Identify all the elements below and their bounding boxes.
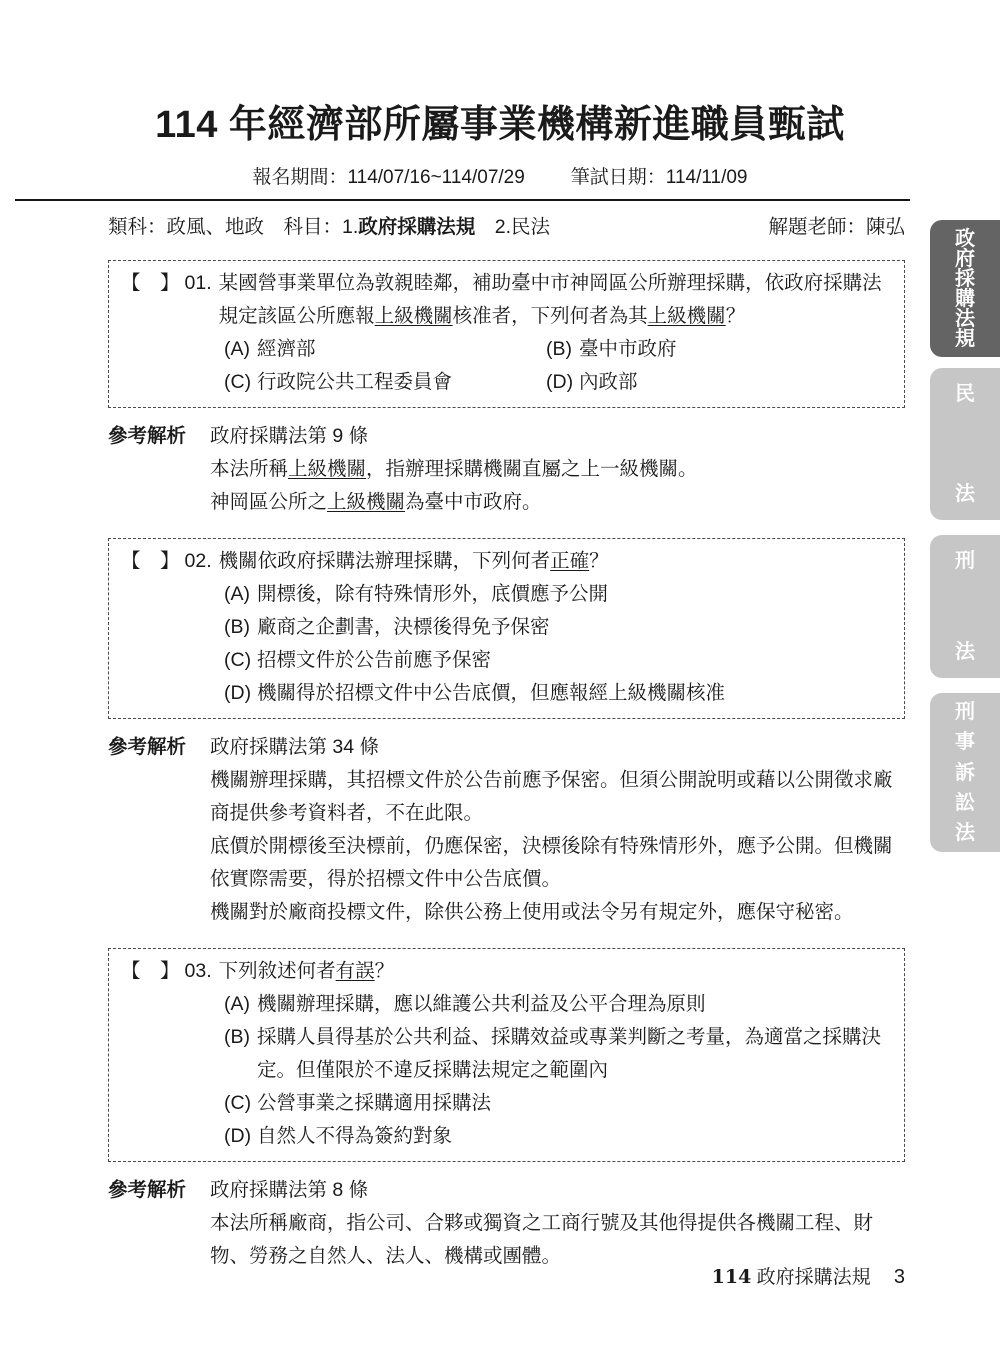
- subject-suffix: 2.民法: [475, 216, 550, 238]
- analysis-line: 底價於開標後至決標前，仍應保密，決標後除有特殊情形外，應予公開。但機關依實際需要…: [210, 830, 905, 896]
- subject-name-bold: 政府採購法規: [358, 216, 475, 238]
- analysis-line: 機關對於廠商投標文件，除供公務上使用或法令另有規定外，應保守秘密。: [210, 896, 905, 929]
- option-text: 行政院公共工程委員會: [257, 366, 546, 399]
- option-label: (D): [546, 366, 579, 399]
- written-exam-date: 筆試日期：114/11/09: [571, 167, 748, 188]
- sidebar-tab-civil-law: 民法: [930, 368, 1000, 520]
- subject-line: 類科：政風、地政 科目：1.政府採購法規 2.民法 解題老師：陳弘: [108, 214, 905, 241]
- option-label: (A): [224, 578, 257, 611]
- option-b: (B)採購人員得基於公共利益、採購效益或專業判斷之考量，為適當之採購決定。但僅限…: [224, 1021, 892, 1087]
- option-c: (C)招標文件於公告前應予保密: [224, 644, 892, 677]
- sidebar-tab-criminal-procedure-law: 刑事訴訟法: [930, 693, 1000, 852]
- analysis-line: 機關辦理採購，其招標文件於公告前應予保密。但須公開說明或藉以公開徵求廠商提供參考…: [210, 764, 905, 830]
- sidebar-tab-government-procurement-law: 政府採購法規: [930, 220, 1000, 357]
- question-line: 【 】 01. 某國營事業單位為敦親睦鄰，補助臺中市神岡區公所辦理採購，依政府採…: [121, 267, 892, 333]
- option-d: (D)內政部: [546, 366, 892, 399]
- options: (A)經濟部 (B)臺中市政府 (C)行政院公共工程委員會 (D)內政部: [224, 333, 892, 399]
- option-text: 公營事業之採購適用採購法: [257, 1087, 892, 1120]
- option-label: (C): [224, 366, 257, 399]
- sidebar-tab-criminal-law: 刑法: [930, 535, 1000, 678]
- analysis-01: 參考解析 政府採購法第 9 條 本法所稱上級機關，指辦理採購機關直屬之上一級機關…: [108, 420, 905, 519]
- option-a: (A)經濟部: [224, 333, 546, 366]
- exam-document-page: 114 年經濟部所屬事業機構新進職員甄試 報名期間：114/07/16~114/…: [0, 0, 1000, 1353]
- option-text: 內政部: [579, 366, 892, 399]
- analysis-line: 政府採購法第 34 條: [210, 731, 905, 764]
- analysis-line: 政府採購法第 9 條: [210, 420, 905, 453]
- option-label: (C): [224, 1087, 257, 1120]
- footer-section: 政府採購法規: [757, 1267, 871, 1288]
- option-text: 招標文件於公告前應予保密: [257, 644, 892, 677]
- analysis-body: 政府採購法第 34 條 機關辦理採購，其招標文件於公告前應予保密。但須公開說明或…: [210, 731, 905, 929]
- option-c: (C)公營事業之採購適用採購法: [224, 1087, 892, 1120]
- question-number: 01.: [185, 267, 212, 333]
- option-text: 機關得於招標文件中公告底價，但應報經上級機關核准: [257, 677, 892, 710]
- exam-info-line: 報名期間：114/07/16~114/07/29筆試日期：114/11/09: [0, 162, 1000, 189]
- option-label: (D): [224, 677, 257, 710]
- option-label: (A): [224, 333, 257, 366]
- option-text: 廠商之企劃書，決標後得免予保密: [257, 611, 892, 644]
- answer-bracket: 【 】: [121, 545, 180, 578]
- option-b: (B)廠商之企劃書，決標後得免予保密: [224, 611, 892, 644]
- page-title: 114 年經濟部所屬事業機構新進職員甄試: [0, 103, 1000, 149]
- answer-bracket: 【 】: [121, 267, 180, 333]
- question-box-02: 【 】 02. 機關依政府採購法辦理採購，下列何者正確？ (A)開標後，除有特殊…: [108, 538, 905, 719]
- question-line: 【 】 03. 下列敘述何者有誤？: [121, 955, 892, 988]
- option-label: (A): [224, 988, 257, 1021]
- option-d: (D)自然人不得為簽約對象: [224, 1120, 892, 1153]
- page-number: 3: [894, 1266, 905, 1288]
- option-a: (A)機關辦理採購，應以維護公共利益及公平合理為原則: [224, 988, 892, 1021]
- analysis-label: 參考解析: [108, 731, 210, 929]
- answer-bracket: 【 】: [121, 955, 180, 988]
- options: (A)機關辦理採購，應以維護公共利益及公平合理為原則 (B)採購人員得基於公共利…: [224, 988, 892, 1153]
- options: (A)開標後，除有特殊情形外，底價應予公開 (B)廠商之企劃書，決標後得免予保密…: [224, 578, 892, 710]
- question-text: 機關依政府採購法辦理採購，下列何者正確？: [219, 545, 892, 578]
- analysis-label: 參考解析: [108, 1174, 210, 1273]
- question-box-03: 【 】 03. 下列敘述何者有誤？ (A)機關辦理採購，應以維護公共利益及公平合…: [108, 948, 905, 1162]
- option-b: (B)臺中市政府: [546, 333, 892, 366]
- category-and-subjects-prefix: 類科：政風、地政 科目：1.: [108, 216, 358, 238]
- question-line: 【 】 02. 機關依政府採購法辦理採購，下列何者正確？: [121, 545, 892, 578]
- header-divider: [15, 199, 910, 201]
- option-text: 自然人不得為簽約對象: [257, 1120, 892, 1153]
- analysis-line: 本法所稱上級機關，指辦理採購機關直屬之上一級機關。: [210, 453, 905, 486]
- option-c: (C)行政院公共工程委員會: [224, 366, 546, 399]
- option-label: (B): [224, 611, 257, 644]
- analysis-label: 參考解析: [108, 420, 210, 519]
- analysis-body: 政府採購法第 9 條 本法所稱上級機關，指辦理採購機關直屬之上一級機關。 神岡區…: [210, 420, 905, 519]
- subject-left: 類科：政風、地政 科目：1.政府採購法規 2.民法: [108, 214, 550, 241]
- analysis-line: 政府採購法第 8 條: [210, 1174, 905, 1207]
- footer-volume: 114: [712, 1266, 752, 1288]
- option-a: (A)開標後，除有特殊情形外，底價應予公開: [224, 578, 892, 611]
- option-text: 採購人員得基於公共利益、採購效益或專業判斷之考量，為適當之採購決定。但僅限於不違…: [257, 1021, 892, 1087]
- question-number: 02.: [185, 545, 212, 578]
- option-label: (B): [546, 333, 579, 366]
- analysis-body: 政府採購法第 8 條 本法所稱廠商，指公司、合夥或獨資之工商行號及其他得提供各機…: [210, 1174, 905, 1273]
- option-label: (C): [224, 644, 257, 677]
- option-label: (D): [224, 1120, 257, 1153]
- option-text: 經濟部: [257, 333, 546, 366]
- page-footer: 114 政府採購法規 3: [712, 1262, 905, 1289]
- option-text: 臺中市政府: [579, 333, 892, 366]
- question-number: 03.: [185, 955, 212, 988]
- option-d: (D)機關得於招標文件中公告底價，但應報經上級機關核准: [224, 677, 892, 710]
- registration-period: 報名期間：114/07/16~114/07/29: [252, 167, 524, 188]
- option-text: 機關辦理採購，應以維護公共利益及公平合理為原則: [257, 988, 892, 1021]
- analysis-02: 參考解析 政府採購法第 34 條 機關辦理採購，其招標文件於公告前應予保密。但須…: [108, 731, 905, 929]
- analysis-03: 參考解析 政府採購法第 8 條 本法所稱廠商，指公司、合夥或獨資之工商行號及其他…: [108, 1174, 905, 1273]
- option-text: 開標後，除有特殊情形外，底價應予公開: [257, 578, 892, 611]
- analysis-line: 神岡區公所之上級機關為臺中市政府。: [210, 486, 905, 519]
- question-text: 某國營事業單位為敦親睦鄰，補助臺中市神岡區公所辦理採購，依政府採購法規定該區公所…: [219, 267, 892, 333]
- question-text: 下列敘述何者有誤？: [219, 955, 892, 988]
- question-box-01: 【 】 01. 某國營事業單位為敦親睦鄰，補助臺中市神岡區公所辦理採購，依政府採…: [108, 260, 905, 408]
- option-label: (B): [224, 1021, 257, 1087]
- teacher-name: 解題老師：陳弘: [768, 214, 905, 241]
- page-header: 114 年經濟部所屬事業機構新進職員甄試 報名期間：114/07/16~114/…: [0, 0, 1000, 189]
